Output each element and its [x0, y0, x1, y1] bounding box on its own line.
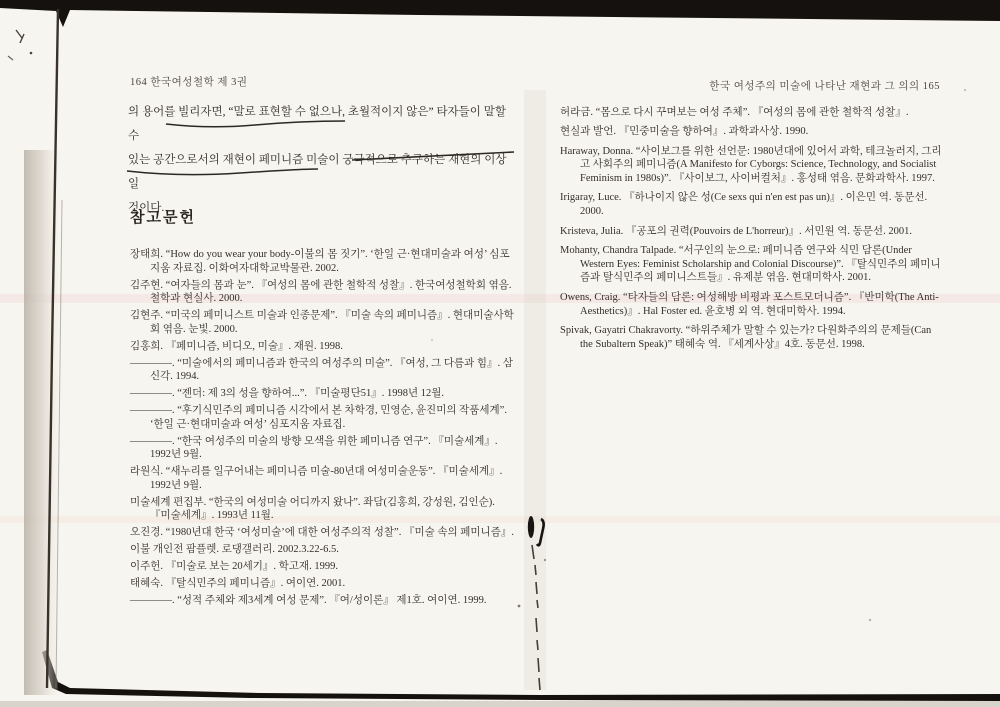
- ink-dot: [544, 559, 546, 561]
- left-reference-list: 장태희. “How do you wear your body-이불의 몸 짓기…: [130, 248, 514, 611]
- reference-entry: ————. “미술에서의 페미니즘과 한국의 여성주의 미술”. 『여성, 그 …: [130, 357, 514, 384]
- ink-dot: [518, 605, 521, 608]
- scan-top-edge: [0, 0, 1000, 27]
- scan-bottom-edge: [42, 650, 1000, 701]
- paragraph-text: 의 용어를 빌리자면,: [128, 106, 228, 118]
- reference-entry: 이불 개인전 팜플렛. 로댕갤러리. 2002.3.22-6.5.: [130, 543, 514, 557]
- reference-entry: ————. “젠더: 제 3의 성을 향하여...”. 『미술평단51』. 19…: [130, 387, 514, 401]
- reference-entry: 미술세계 편집부. “한국의 여성미술 어디까지 왔나”. 좌담(김홍희, 강성…: [130, 496, 514, 523]
- reference-entry: Spivak, Gayatri Chakravorty. “하위주체가 말할 수…: [560, 324, 946, 352]
- speck: [869, 619, 871, 621]
- left-page-running-header: 164 한국여성철학 제 3권: [130, 74, 510, 89]
- pen-mark: [16, 30, 24, 43]
- right-page-running-header: 한국 여성주의 미술에 나타난 재현과 그 의의 165: [560, 78, 940, 93]
- scanned-book-spread: 164 한국여성철학 제 3권 의 용어를 빌리자면, “말로 표현할 수 없으…: [0, 0, 1000, 707]
- reference-entry: ————. “성적 주체와 제3세계 여성 문제”. 『여/성이론』 제1호. …: [130, 594, 514, 608]
- reference-entry: 김홍희. 『페미니즘, 비디오, 미술』. 재원. 1998.: [130, 340, 514, 354]
- left-page-edges: [24, 150, 58, 695]
- right-reference-list: 허라금. “몸으로 다시 꾸며보는 여성 주체”. 『여성의 몸에 관한 철학적…: [560, 106, 946, 357]
- reference-entry: Mohanty, Chandra Talpade. “서구인의 눈으로: 페미니…: [560, 244, 946, 285]
- reference-entry: 라원식. “새누리를 일구어내는 페미니즘 미술-80년대 여성미술운동”. 『…: [130, 465, 514, 492]
- reference-entry: Irigaray, Luce. 『하나이지 않은 성(Ce sexs qui n…: [560, 191, 946, 219]
- reference-entry: 장태희. “How do you wear your body-이불의 몸 짓기…: [130, 248, 514, 275]
- left-page-edge-line: [47, 9, 58, 688]
- gutter-shading: [524, 90, 546, 690]
- reference-entry: 허라금. “몸으로 다시 꾸며보는 여성 주체”. 『여성의 몸에 관한 철학적…: [560, 106, 946, 120]
- reference-entry: Owens, Craig. “타자들의 담론: 여성해방 비평과 포스트모더니즘…: [560, 291, 946, 319]
- pen-mark: [8, 56, 13, 60]
- reference-entry: 김현주. “미국의 페미니스트 미술과 인종문제”. 『미술 속의 페미니즘』.…: [130, 309, 514, 336]
- reference-entry: 현실과 발언. 『민중미술을 향하여』. 과학과사상. 1990.: [560, 125, 946, 139]
- quoted-phrase: “말로 표현할 수 없으나, 초월적이지 않은”: [228, 106, 433, 118]
- pen-dot: [30, 52, 33, 55]
- reference-entry: ————. “후기식민주의 페미니즘 시각에서 본 차학경, 민영순, 윤진미의…: [130, 404, 514, 431]
- left-page-edge-line-2: [56, 200, 62, 688]
- ink-blot: [528, 516, 534, 538]
- scan-bottom-strip: [0, 701, 1000, 707]
- references-section-title: 참고문헌: [130, 206, 196, 227]
- reference-entry: 이주헌. 『미술로 보는 20세기』. 학고재. 1999.: [130, 560, 514, 574]
- underlined-phrase: 있는 공간으로서의 재현이: [128, 154, 256, 166]
- reference-entry: 김주현. “여자들의 몸과 눈”. 『여성의 몸에 관한 철학적 성찰』. 한국…: [130, 279, 514, 306]
- reference-entry: 태혜숙. 『탈식민주의 페미니즘』. 여이연. 2001.: [130, 577, 514, 591]
- reference-entry: ————. “한국 여성주의 미술의 방향 모색을 위한 페미니즘 연구”. 『…: [130, 435, 514, 462]
- closing-paragraph: 의 용어를 빌리자면, “말로 표현할 수 없으나, 초월적이지 않은” 타자들…: [128, 100, 516, 220]
- ink-blot: [537, 519, 544, 545]
- reference-entry: 오진경. “1980년대 한국 ‘여성미술’에 대한 여성주의적 성찰”. 『미…: [130, 526, 514, 540]
- ink-trail: [532, 545, 540, 690]
- speck: [964, 89, 966, 91]
- reference-entry: Kristeva, Julia. 『공포의 권력(Pouvoirs de L'h…: [560, 225, 946, 239]
- reference-entry: Haraway, Donna. “사이보그를 위한 선언문: 1980년대에 있…: [560, 145, 946, 186]
